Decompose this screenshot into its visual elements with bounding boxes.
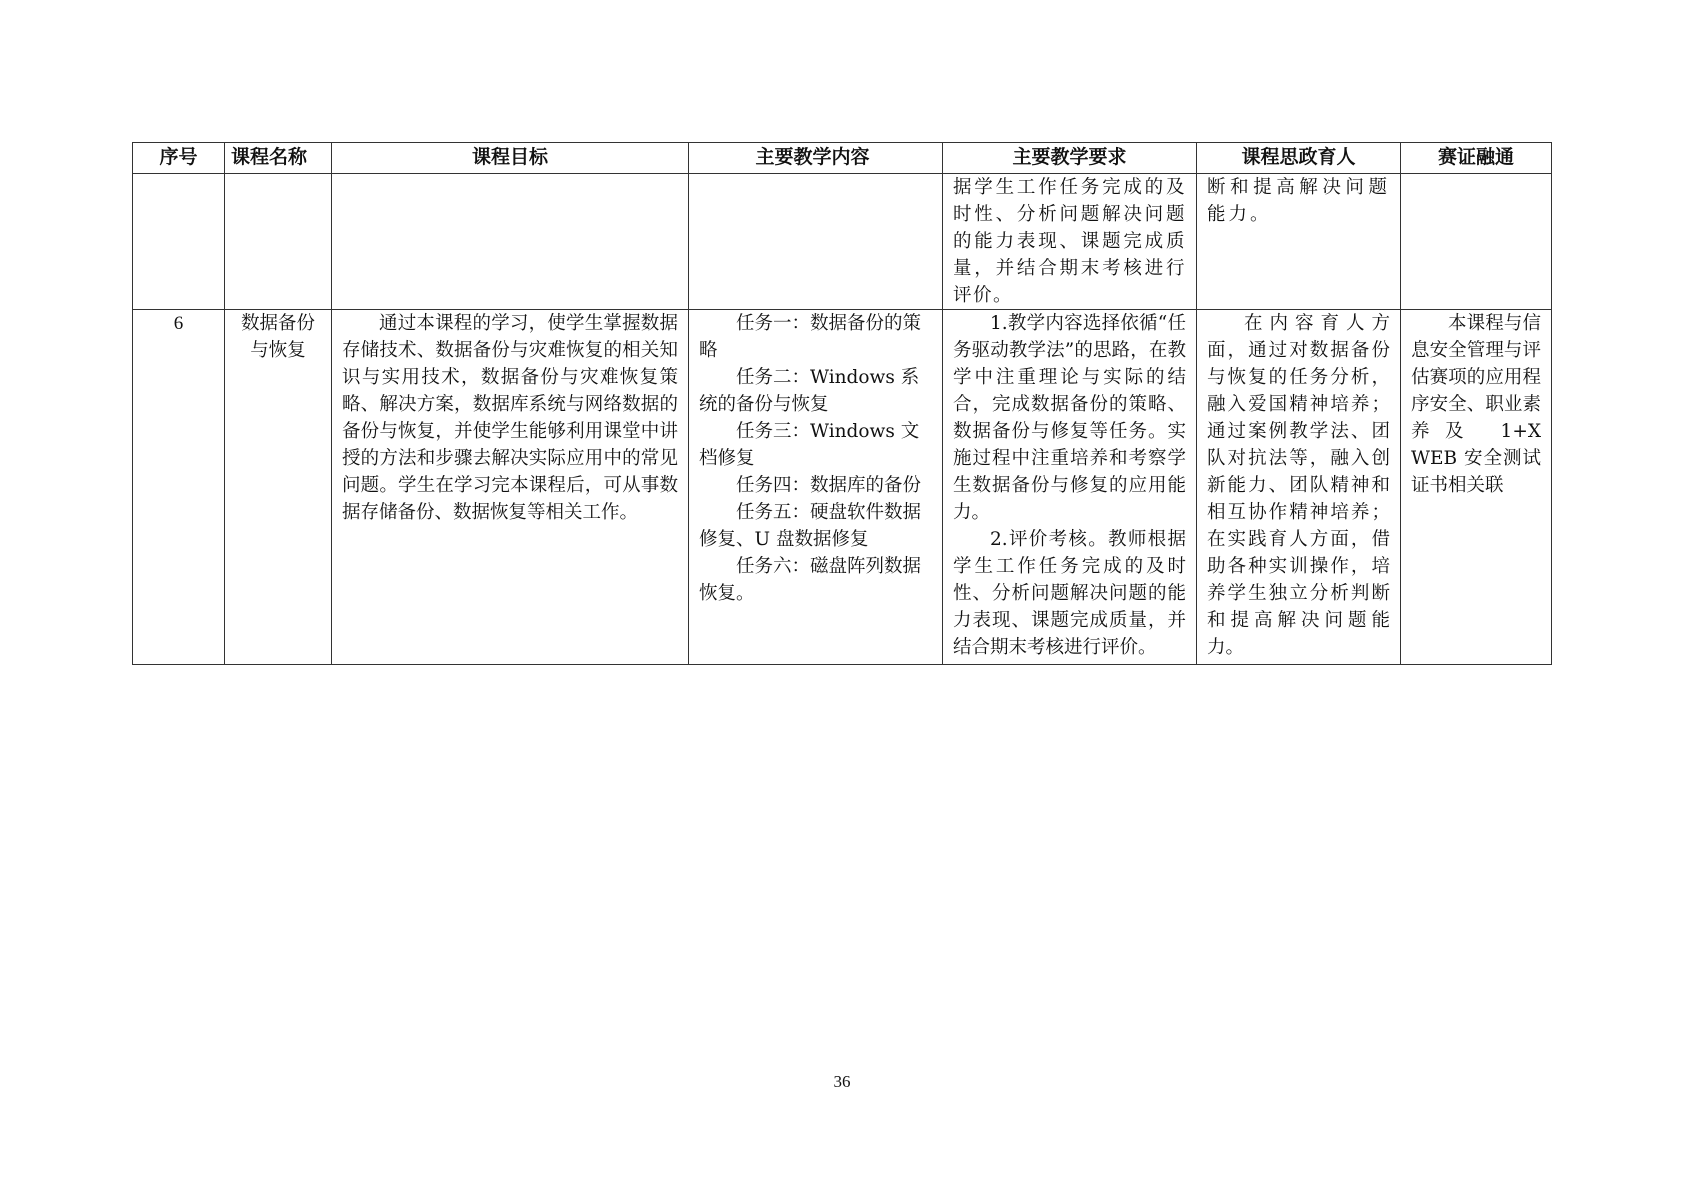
header-certification: 赛证融通 — [1401, 143, 1552, 174]
content-item: 任务四：数据库的备份 — [699, 472, 932, 499]
cell-course-goal — [332, 174, 689, 310]
course-table: 序号 课程名称 课程目标 主要教学内容 主要教学要求 课程思政育人 赛证融通 据… — [132, 142, 1552, 665]
content-item: 任务五：硬盘软件数据修复、U 盘数据修复 — [699, 499, 932, 553]
cell-main-content — [689, 174, 943, 310]
requirement-item: 1.教学内容选择依循“任务驱动教学法”的思路，在教学中注重理论与实际的结合，完成… — [953, 310, 1186, 526]
cell-ideology: 在内容育人方面，通过对数据备份与恢复的任务分析，融入爱国精神培养；通过案例教学法… — [1197, 310, 1401, 665]
cell-seq — [133, 174, 225, 310]
header-main-content: 主要教学内容 — [689, 143, 943, 174]
requirement-item: 2.评价考核。教师根据学生工作任务完成的及时性、分析问题解决问题的能力表现、课题… — [953, 526, 1186, 661]
header-course-name: 课程名称 — [225, 143, 332, 174]
content-item: 任务六：磁盘阵列数据恢复。 — [699, 553, 932, 607]
header-course-goal: 课程目标 — [332, 143, 689, 174]
table-header-row: 序号 课程名称 课程目标 主要教学内容 主要教学要求 课程思政育人 赛证融通 — [133, 143, 1552, 174]
cell-ideology: 断和提高解决问题能力。 — [1197, 174, 1401, 310]
content-item: 任务三：Windows 文档修复 — [699, 418, 932, 472]
page-number: 36 — [0, 1072, 1684, 1092]
ideology-text: 断和提高解决问题能力。 — [1207, 174, 1390, 228]
content-item: 任务一：数据备份的策略 — [699, 310, 932, 364]
cell-main-requirements: 1.教学内容选择依循“任务驱动教学法”的思路，在教学中注重理论与实际的结合，完成… — [943, 310, 1197, 665]
table-row: 6 数据备份与恢复 通过本课程的学习，使学生掌握数据存储技术、数据备份与灾难恢复… — [133, 310, 1552, 665]
table-row-continued: 据学生工作任务完成的及时性、分析问题解决问题的能力表现、课题完成质量，并结合期末… — [133, 174, 1552, 310]
cell-certification: 本课程与信息安全管理与评估赛项的应用程序安全、职业素养及 1+X WEB 安全测… — [1401, 310, 1552, 665]
certification-text: 本课程与信息安全管理与评估赛项的应用程序安全、职业素养及 1+X WEB 安全测… — [1411, 310, 1541, 499]
cell-certification — [1401, 174, 1552, 310]
ideology-text: 在内容育人方面，通过对数据备份与恢复的任务分析，融入爱国精神培养；通过案例教学法… — [1207, 310, 1390, 661]
header-ideology: 课程思政育人 — [1197, 143, 1401, 174]
cell-main-content: 任务一：数据备份的策略 任务二：Windows 系统的备份与恢复 任务三：Win… — [689, 310, 943, 665]
document-page: 序号 课程名称 课程目标 主要教学内容 主要教学要求 课程思政育人 赛证融通 据… — [0, 0, 1684, 1191]
content-item: 任务二：Windows 系统的备份与恢复 — [699, 364, 932, 418]
cell-course-name: 数据备份与恢复 — [225, 310, 332, 665]
cell-seq: 6 — [133, 310, 225, 665]
header-seq: 序号 — [133, 143, 225, 174]
header-main-requirements: 主要教学要求 — [943, 143, 1197, 174]
requirements-text: 据学生工作任务完成的及时性、分析问题解决问题的能力表现、课题完成质量，并结合期末… — [953, 174, 1186, 309]
cell-course-goal: 通过本课程的学习，使学生掌握数据存储技术、数据备份与灾难恢复的相关知识与实用技术… — [332, 310, 689, 665]
cell-course-name — [225, 174, 332, 310]
goal-text: 通过本课程的学习，使学生掌握数据存储技术、数据备份与灾难恢复的相关知识与实用技术… — [342, 310, 678, 526]
cell-main-requirements: 据学生工作任务完成的及时性、分析问题解决问题的能力表现、课题完成质量，并结合期末… — [943, 174, 1197, 310]
